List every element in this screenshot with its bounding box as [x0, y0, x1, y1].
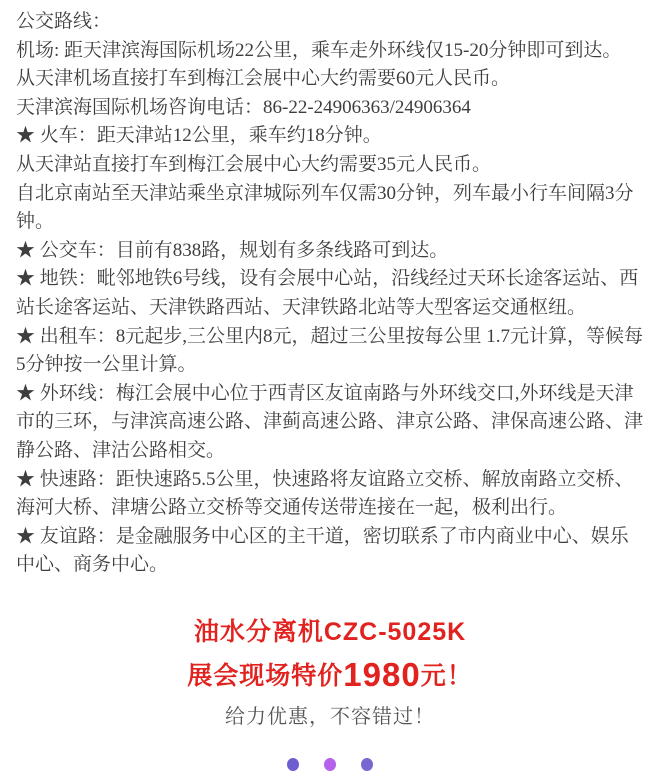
- transport-paragraph-intercity-rail: 自北京南站至天津站乘坐京津城际列车仅需30分钟，列车最小行车间隔3分钟。: [16, 180, 646, 237]
- transport-paragraph-taxi-fare: ★ 出租车：8元起步,三公里内8元，超过三公里按每公里 1.7元计算，等候每5分…: [16, 323, 646, 380]
- transport-paragraph-airport: 机场: 距天津滨海国际机场22公里，乘车走外环线仅15-20分钟即可到达。: [16, 37, 646, 66]
- transport-paragraph-outer-ring: ★ 外环线：梅江会展中心位于西青区友谊南路与外环线交口,外环线是天津市的三环，与…: [16, 380, 646, 466]
- page: 公交路线： 机场: 距天津滨海国际机场22公里，乘车走外环线仅15-20分钟即可…: [0, 0, 660, 782]
- transport-paragraph-airport-taxi: 从天津机场直接打车到梅江会展中心大约需要60元人民币。: [16, 65, 646, 94]
- promo-section: 油水分离机CZC-5025K 展会现场特价1980元！ 给力优惠，不容错过！: [0, 616, 660, 730]
- transport-info-section: 公交路线： 机场: 距天津滨海国际机场22公里，乘车走外环线仅15-20分钟即可…: [0, 0, 660, 580]
- promo-price-value: 1980: [343, 656, 420, 693]
- transport-paragraph-train: ★ 火车：距天津站12公里，乘车约18分钟。: [16, 122, 646, 151]
- promo-product-title: 油水分离机CZC-5025K: [0, 616, 660, 648]
- transport-paragraph-expressway: ★ 快速路：距快速路5.5公里，快速路将友谊路立交桥、解放南路立交桥、海河大桥、…: [16, 466, 646, 523]
- loading-dot-1: [287, 758, 299, 771]
- loading-dot-3: [361, 758, 373, 771]
- promo-price-prefix: 展会现场特价: [187, 662, 343, 690]
- transport-paragraph-bus: ★ 公交车：目前有838路，规划有多条线路可到达。: [16, 237, 646, 266]
- transport-paragraph-airport-phone: 天津滨海国际机场咨询电话：86-22-24906363/24906364: [16, 94, 646, 123]
- loading-dots-indicator: [0, 758, 660, 771]
- transport-paragraph-youyi-road: ★ 友谊路：是金融服务中心区的主干道，密切联系了市内商业中心、娱乐中心、商务中心…: [16, 523, 646, 580]
- transport-paragraph-train-taxi: 从天津站直接打车到梅江会展中心大约需要35元人民币。: [16, 151, 646, 180]
- promo-price-suffix: 元！: [421, 662, 473, 690]
- transport-paragraph-metro: ★ 地铁：毗邻地铁6号线，设有会展中心站，沿线经过天环长途客运站、西站长途客运站…: [16, 265, 646, 322]
- promo-price-line: 展会现场特价1980元！: [0, 655, 660, 696]
- loading-dot-2: [324, 758, 336, 771]
- transport-section-title: 公交路线：: [16, 8, 646, 37]
- promo-tagline: 给力优惠，不容错过！: [0, 704, 660, 730]
